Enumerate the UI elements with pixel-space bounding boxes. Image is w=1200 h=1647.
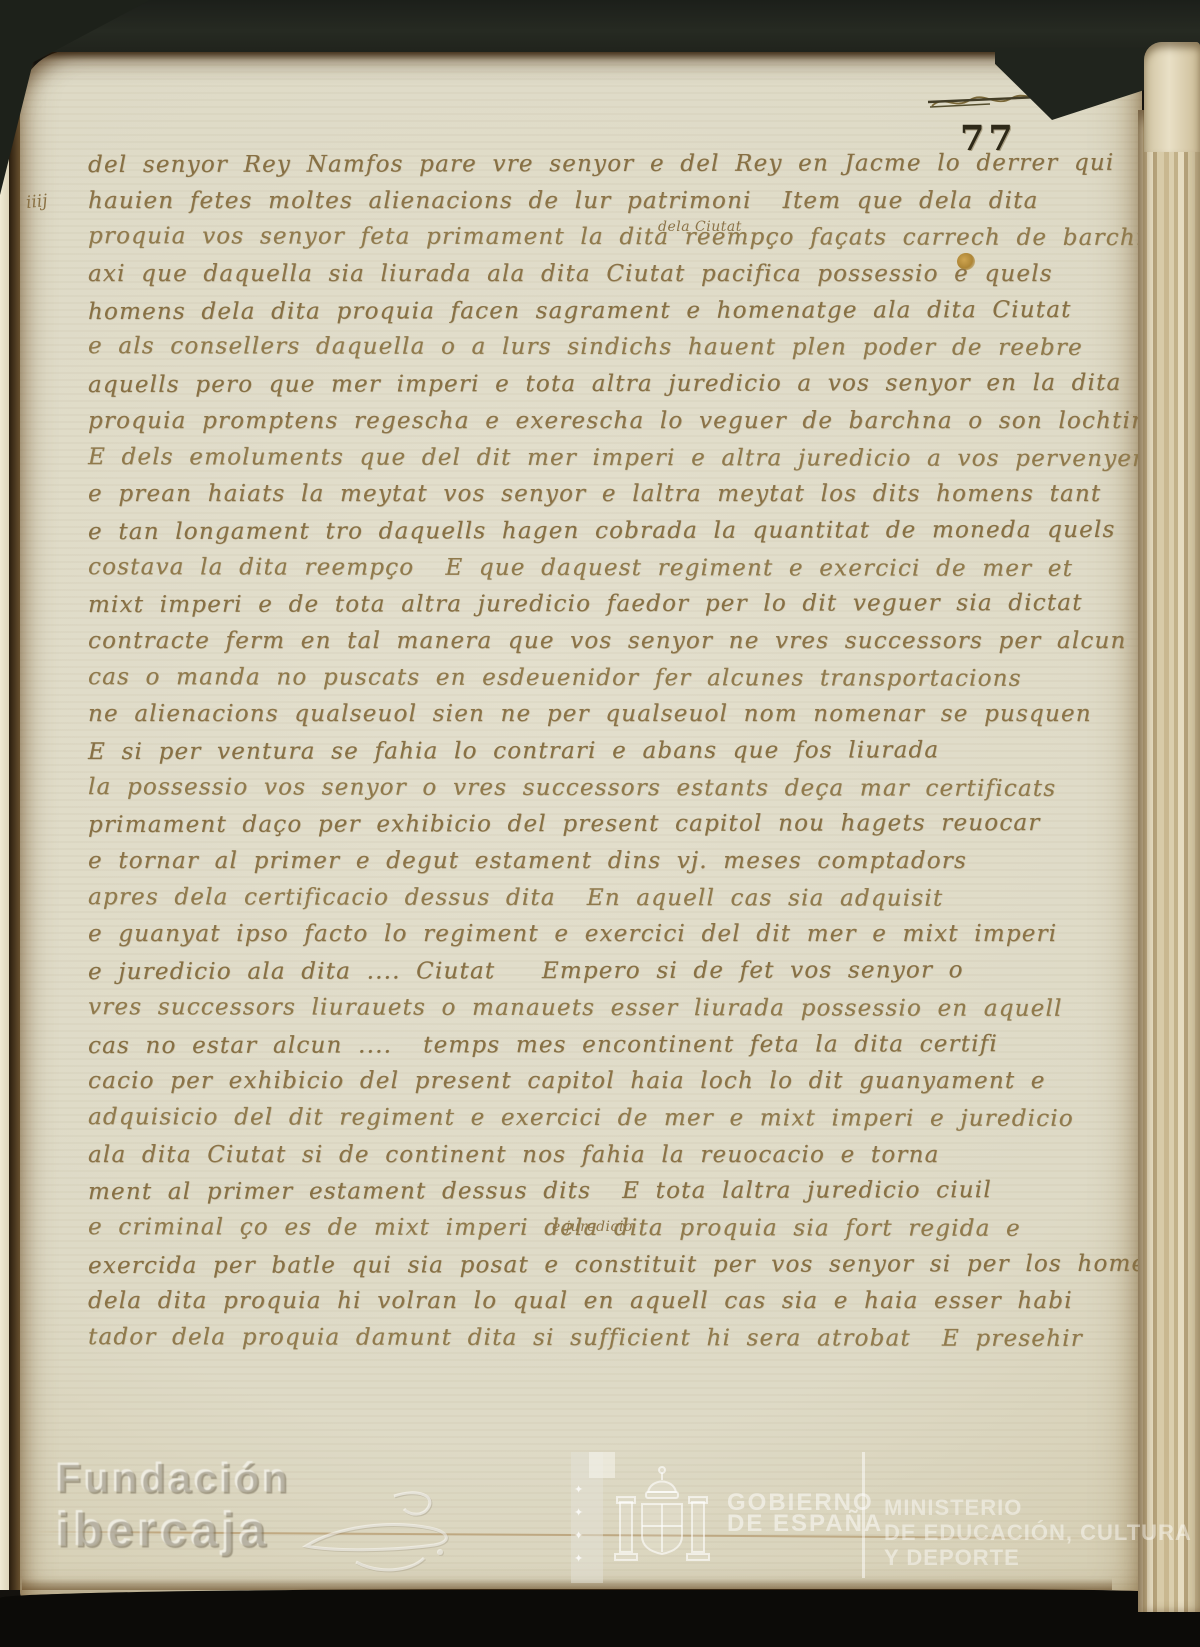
star-icon: ✦ <box>574 1506 583 1519</box>
manuscript-line: dela dita proquia hi volran lo qual en a… <box>88 1283 1098 1320</box>
manuscript-line: E si per ventura se fahia lo contrari e … <box>88 732 1098 771</box>
manuscript-line: proquia vos senyor feta primament la dit… <box>88 218 1098 256</box>
manuscript-text-block: del senyor Rey Namfos pare vre senyor e … <box>88 146 1098 1357</box>
ministerio-watermark: MINISTERIO DE EDUCACIÓN, CULTURA Y DEPOR… <box>884 1495 1192 1570</box>
manuscript-line: apres dela certificacio dessus dita En a… <box>88 879 1098 917</box>
manuscript-line: e juredicio ala dita .... Ciutat Empero … <box>88 952 1098 991</box>
top-right-page-corner <box>1144 42 1200 152</box>
star-icon: ✦ <box>574 1483 583 1496</box>
fundacion-label: Fundación <box>56 1455 290 1502</box>
manuscript-line: cacio per exhibicio del present capitol … <box>88 1063 1098 1100</box>
watermark-divider-line <box>862 1452 865 1578</box>
manuscript-line: tador dela proquia damunt dita si suffic… <box>88 1319 1098 1357</box>
interline-note: e juredicio <box>552 1219 633 1235</box>
manuscript-line: E dels emoluments que del dit mer imperi… <box>88 439 1098 477</box>
manuscript-line: vres successors liurauets o manauets ess… <box>88 989 1098 1027</box>
gobierno-line2: DE ESPAÑA <box>727 1513 883 1534</box>
top-binding-band <box>0 0 1200 52</box>
manuscript-line: del senyor Rey Namfos pare vre senyor e … <box>88 145 1098 184</box>
manuscript-line: aquells pero que mer imperi e tota altra… <box>88 365 1098 404</box>
manuscript-line: primament daço per exhibicio del present… <box>88 805 1098 844</box>
fundacion-ibercaja-watermark: Fundación ibercaja <box>56 1455 290 1558</box>
manuscript-line: costava la dita reempço E que daquest re… <box>88 549 1098 587</box>
gobierno-espana-watermark: GOBIERNO DE ESPAÑA <box>727 1492 883 1534</box>
manuscript-line: mixt imperi e de tota altra juredicio fa… <box>88 585 1098 624</box>
manuscript-line: proquia promptens regescha e exerescha l… <box>88 403 1098 440</box>
page-bottom-edge <box>22 1578 1112 1590</box>
manuscript-line: e tornar al primer e degut estament dins… <box>88 843 1098 880</box>
star-icon: ✦ <box>574 1552 583 1565</box>
manuscript-line: axi que daquella sia liurada ala dita Ci… <box>88 256 1098 293</box>
manuscript-line: ala dita Ciutat si de continent nos fahi… <box>88 1137 1098 1174</box>
manuscript-line: e guanyat ipso facto lo regiment e exerc… <box>88 916 1098 953</box>
manuscript-line: homens dela dita proquia facen sagrament… <box>88 292 1098 331</box>
star-icon: ✦ <box>574 1529 583 1542</box>
manuscript-line: e tan longament tro daquells hagen cobra… <box>88 512 1098 551</box>
manuscript-line: ne alienacions qualseuol sien ne per qua… <box>88 696 1098 733</box>
ibercaja-label: ibercaja <box>56 1503 290 1558</box>
manuscript-line: adquisicio del dit regiment e exercici d… <box>88 1099 1098 1137</box>
ministerio-line3: Y DEPORTE <box>884 1545 1192 1570</box>
ministerio-line2: DE EDUCACIÓN, CULTURA <box>884 1520 1192 1545</box>
spain-coat-of-arms-icon <box>610 1464 714 1580</box>
manuscript-line: cas no estar alcun .... temps mes encont… <box>88 1025 1098 1064</box>
manuscript-line: e prean haiats la meytat vos senyor e la… <box>88 476 1098 513</box>
bottom-binding-band <box>0 1589 1200 1647</box>
interline-note: dela Ciutat <box>658 219 742 235</box>
page-edge-stack <box>1138 110 1200 1612</box>
manuscript-line: la possessio vos senyor o vres successor… <box>88 769 1098 807</box>
ibercaja-swirl-icon <box>298 1486 468 1578</box>
manuscript-line: cas o manda no puscats en esdeuenidor fe… <box>88 659 1098 697</box>
manuscript-line: e als consellers daquella o a lurs sindi… <box>88 329 1098 367</box>
manuscript-line: contracte ferm en tal manera que vos sen… <box>88 623 1098 660</box>
ministerio-line1: MINISTERIO <box>884 1495 1192 1520</box>
manuscript-line: hauien fetes moltes alienacions de lur p… <box>88 183 1098 220</box>
margin-note: iiij <box>25 191 49 213</box>
manuscript-scan-photo: 77 iiij del senyor Rey Namfos pare vre s… <box>0 0 1200 1647</box>
manuscript-line: exercida per batle qui sia posat e const… <box>88 1246 1098 1285</box>
manuscript-line: ment al primer estament dessus dits E to… <box>88 1172 1098 1211</box>
